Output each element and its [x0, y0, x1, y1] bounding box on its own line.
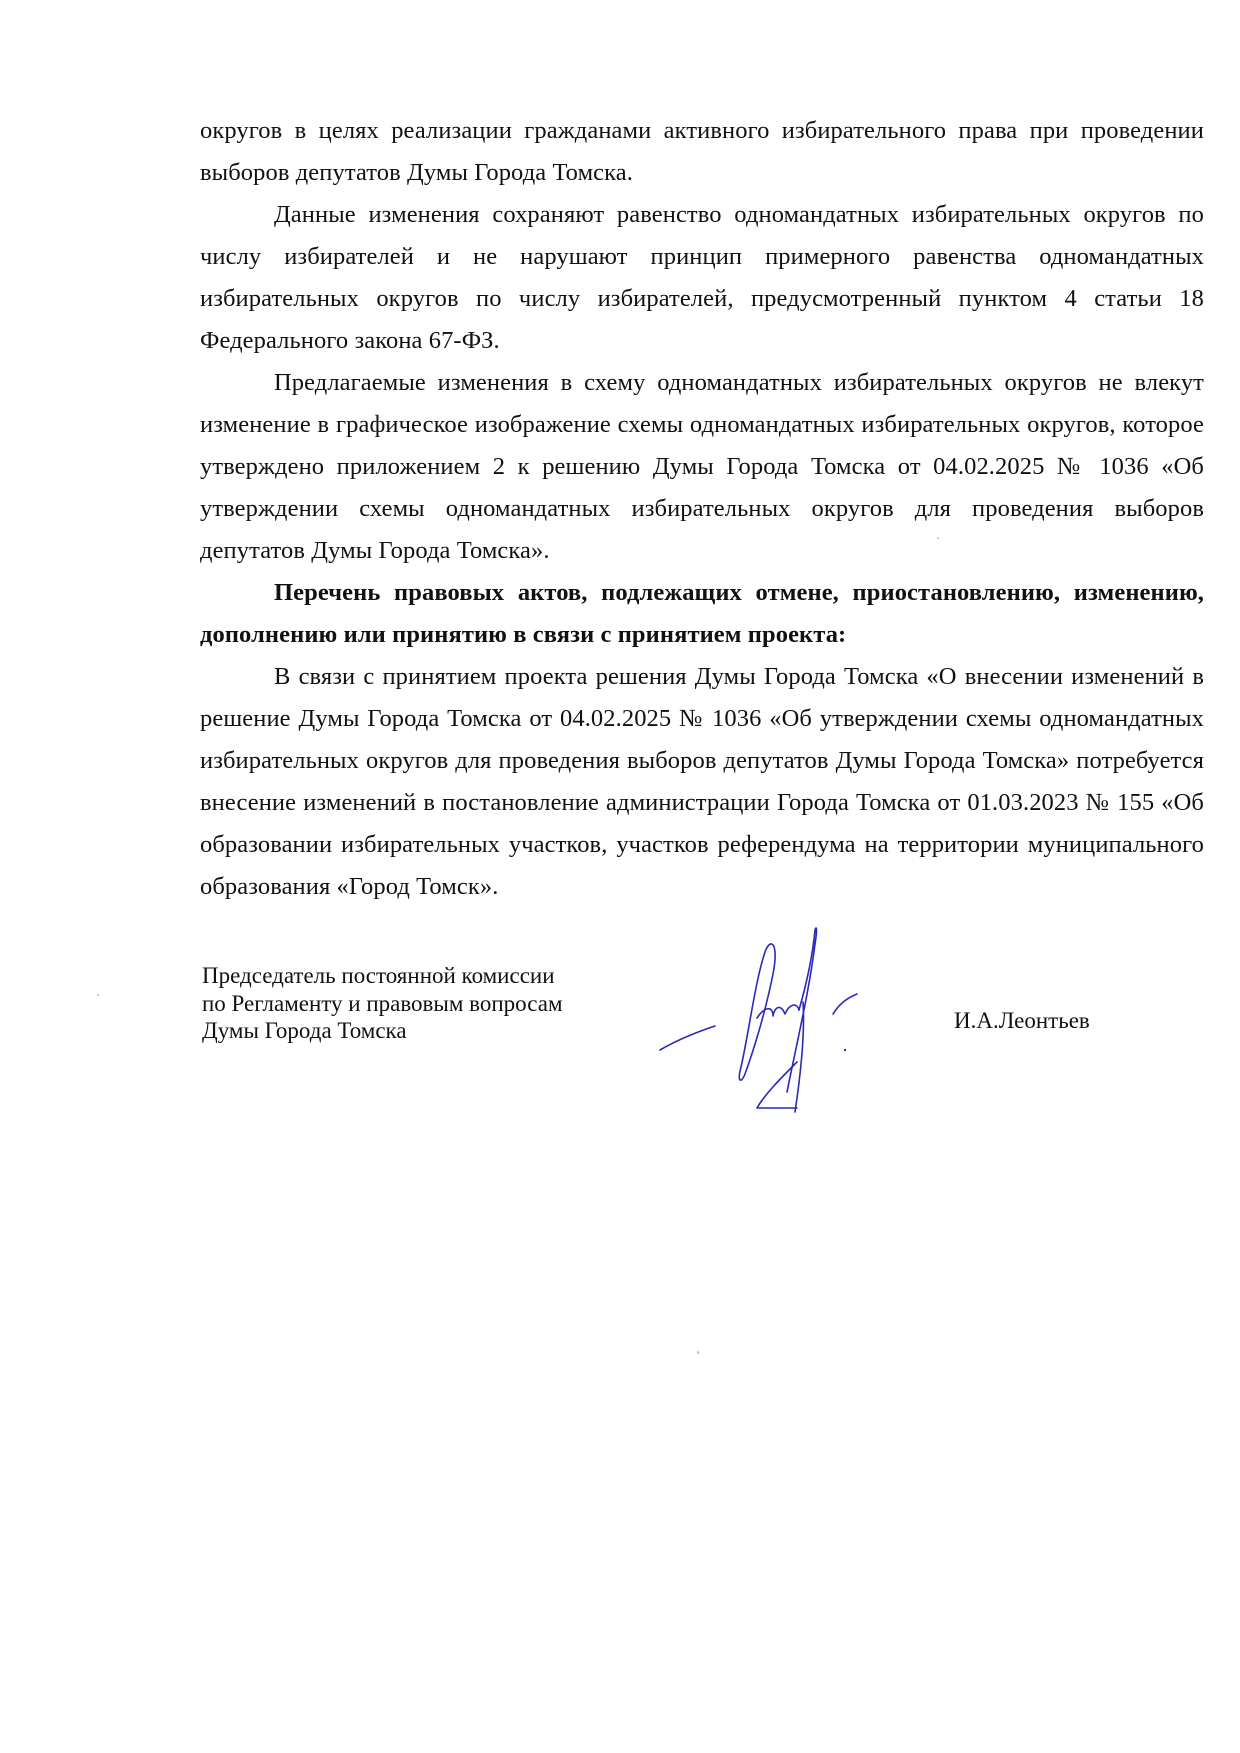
- handwritten-signature-icon: [657, 922, 917, 1122]
- signer-name: И.А.Леонтьев: [954, 1007, 1090, 1034]
- paragraph-graphic-scheme: Предлагаемые изменения в схему одноманда…: [200, 362, 1204, 572]
- section-heading-legal-acts: Перечень правовых актов, подлежащих отме…: [200, 572, 1204, 656]
- scan-speck: [937, 537, 939, 539]
- document-page: округов в целях реализации гражданами ак…: [0, 0, 1240, 1753]
- scan-speck: [97, 994, 99, 996]
- scan-speck: [697, 1351, 699, 1354]
- signer-position-line: Председатель постоянной комиссии: [202, 962, 622, 990]
- signer-position-line: по Регламенту и правовым вопросам: [202, 990, 622, 1018]
- signature-block: Председатель постоянной комиссии по Регл…: [202, 962, 1202, 1142]
- signer-position-line: Думы Города Томска: [202, 1017, 622, 1045]
- paragraph-equality: Данные изменения сохраняют равенство одн…: [200, 194, 1204, 362]
- signer-position: Председатель постоянной комиссии по Регл…: [202, 962, 622, 1045]
- paragraph-continuation: округов в целях реализации гражданами ак…: [200, 110, 1204, 194]
- document-body: округов в целях реализации гражданами ак…: [200, 110, 1204, 908]
- paragraph-required-changes: В связи с принятием проекта решения Думы…: [200, 656, 1204, 908]
